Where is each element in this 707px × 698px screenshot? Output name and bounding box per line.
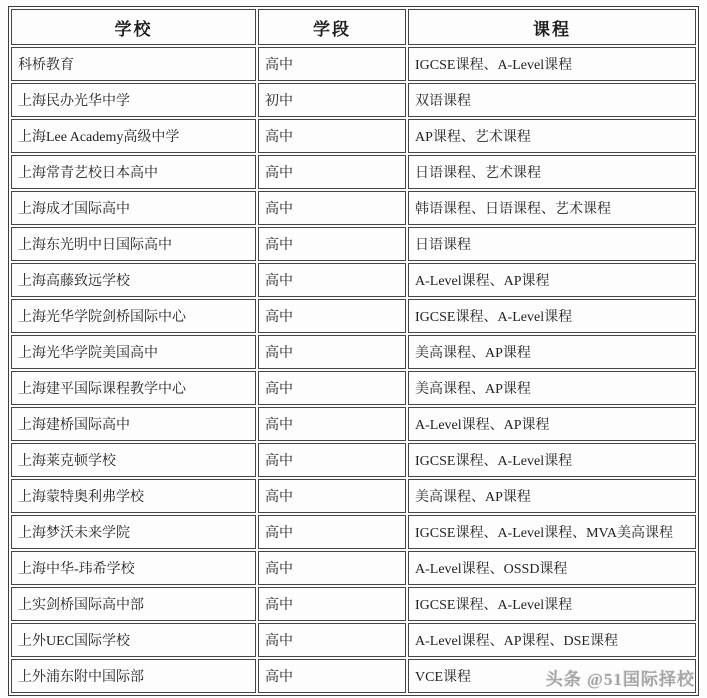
school-cell: 上海莱克顿学校 xyxy=(11,443,256,477)
school-cell: 上海中华-玮希学校 xyxy=(11,551,256,585)
stage-cell: 初中 xyxy=(258,83,406,117)
stage-cell: 高中 xyxy=(258,443,406,477)
table-row: 上海光华学院美国高中高中美高课程、AP课程 xyxy=(11,335,696,369)
school-cell: 上海高藤致远学校 xyxy=(11,263,256,297)
courses-cell: 日语课程 xyxy=(408,227,696,261)
school-cell: 上外UEC国际学校 xyxy=(11,623,256,657)
school-cell: 上实剑桥国际高中部 xyxy=(11,587,256,621)
table-row: 上海高藤致远学校高中A-Level课程、AP课程 xyxy=(11,263,696,297)
courses-cell: 双语课程 xyxy=(408,83,696,117)
school-cell: 上海民办光华中学 xyxy=(11,83,256,117)
stage-cell: 高中 xyxy=(258,371,406,405)
school-cell: 上海梦沃未来学院 xyxy=(11,515,256,549)
stage-cell: 高中 xyxy=(258,479,406,513)
courses-cell: IGCSE课程、A-Level课程 xyxy=(408,587,696,621)
stage-cell: 高中 xyxy=(258,515,406,549)
courses-cell: A-Level课程、AP课程 xyxy=(408,263,696,297)
table-row: 上海光华学院剑桥国际中心高中IGCSE课程、A-Level课程 xyxy=(11,299,696,333)
courses-cell: IGCSE课程、A-Level课程 xyxy=(408,47,696,81)
table-row: 上实剑桥国际高中部高中IGCSE课程、A-Level课程 xyxy=(11,587,696,621)
courses-cell: AP课程、艺术课程 xyxy=(408,119,696,153)
table-row: 上海梦沃未来学院高中IGCSE课程、A-Level课程、MVA美高课程 xyxy=(11,515,696,549)
table-row: 上外UEC国际学校高中A-Level课程、AP课程、DSE课程 xyxy=(11,623,696,657)
stage-cell: 高中 xyxy=(258,119,406,153)
courses-cell: A-Level课程、AP课程、DSE课程 xyxy=(408,623,696,657)
header-row: 学校 学段 课程 xyxy=(11,9,696,45)
table-row: 上海东光明中日国际高中高中日语课程 xyxy=(11,227,696,261)
courses-cell: 美高课程、AP课程 xyxy=(408,371,696,405)
stage-cell: 高中 xyxy=(258,299,406,333)
courses-cell: 美高课程、AP课程 xyxy=(408,479,696,513)
stage-cell: 高中 xyxy=(258,551,406,585)
table-row: 科桥教育高中IGCSE课程、A-Level课程 xyxy=(11,47,696,81)
stage-cell: 高中 xyxy=(258,587,406,621)
courses-cell: A-Level课程、OSSD课程 xyxy=(408,551,696,585)
stage-cell: 高中 xyxy=(258,407,406,441)
school-cell: 上海东光明中日国际高中 xyxy=(11,227,256,261)
stage-cell: 高中 xyxy=(258,191,406,225)
school-course-table: 学校 学段 课程 科桥教育高中IGCSE课程、A-Level课程上海民办光华中学… xyxy=(8,6,699,696)
school-cell: 上海成才国际高中 xyxy=(11,191,256,225)
table-row: 上外浦东附中国际部高中VCE课程 xyxy=(11,659,696,693)
school-cell: 上海蒙特奥利弗学校 xyxy=(11,479,256,513)
school-cell: 科桥教育 xyxy=(11,47,256,81)
courses-cell: 日语课程、艺术课程 xyxy=(408,155,696,189)
table-row: 上海民办光华中学初中双语课程 xyxy=(11,83,696,117)
courses-cell: A-Level课程、AP课程 xyxy=(408,407,696,441)
stage-cell: 高中 xyxy=(258,155,406,189)
stage-cell: 高中 xyxy=(258,659,406,693)
header-stage: 学段 xyxy=(258,9,406,45)
table-row: 上海莱克顿学校高中IGCSE课程、A-Level课程 xyxy=(11,443,696,477)
table-row: 上海建桥国际高中高中A-Level课程、AP课程 xyxy=(11,407,696,441)
stage-cell: 高中 xyxy=(258,227,406,261)
school-cell: 上海光华学院美国高中 xyxy=(11,335,256,369)
school-cell: 上海光华学院剑桥国际中心 xyxy=(11,299,256,333)
table-row: 上海中华-玮希学校高中A-Level课程、OSSD课程 xyxy=(11,551,696,585)
table-row: 上海常青艺校日本高中高中日语课程、艺术课程 xyxy=(11,155,696,189)
stage-cell: 高中 xyxy=(258,623,406,657)
courses-cell: 美高课程、AP课程 xyxy=(408,335,696,369)
stage-cell: 高中 xyxy=(258,263,406,297)
table-body: 科桥教育高中IGCSE课程、A-Level课程上海民办光华中学初中双语课程上海L… xyxy=(11,47,696,693)
table-row: 上海Lee Academy高级中学高中AP课程、艺术课程 xyxy=(11,119,696,153)
table-row: 上海蒙特奥利弗学校高中美高课程、AP课程 xyxy=(11,479,696,513)
courses-cell: IGCSE课程、A-Level课程、MVA美高课程 xyxy=(408,515,696,549)
header-courses: 课程 xyxy=(408,9,696,45)
stage-cell: 高中 xyxy=(258,47,406,81)
courses-cell: VCE课程 xyxy=(408,659,696,693)
header-school: 学校 xyxy=(11,9,256,45)
page: 学校 学段 课程 科桥教育高中IGCSE课程、A-Level课程上海民办光华中学… xyxy=(0,0,707,698)
table-row: 上海成才国际高中高中韩语课程、日语课程、艺术课程 xyxy=(11,191,696,225)
school-cell: 上海常青艺校日本高中 xyxy=(11,155,256,189)
school-cell: 上海建平国际课程教学中心 xyxy=(11,371,256,405)
courses-cell: 韩语课程、日语课程、艺术课程 xyxy=(408,191,696,225)
school-cell: 上外浦东附中国际部 xyxy=(11,659,256,693)
stage-cell: 高中 xyxy=(258,335,406,369)
courses-cell: IGCSE课程、A-Level课程 xyxy=(408,443,696,477)
school-cell: 上海Lee Academy高级中学 xyxy=(11,119,256,153)
school-cell: 上海建桥国际高中 xyxy=(11,407,256,441)
courses-cell: IGCSE课程、A-Level课程 xyxy=(408,299,696,333)
table-row: 上海建平国际课程教学中心高中美高课程、AP课程 xyxy=(11,371,696,405)
